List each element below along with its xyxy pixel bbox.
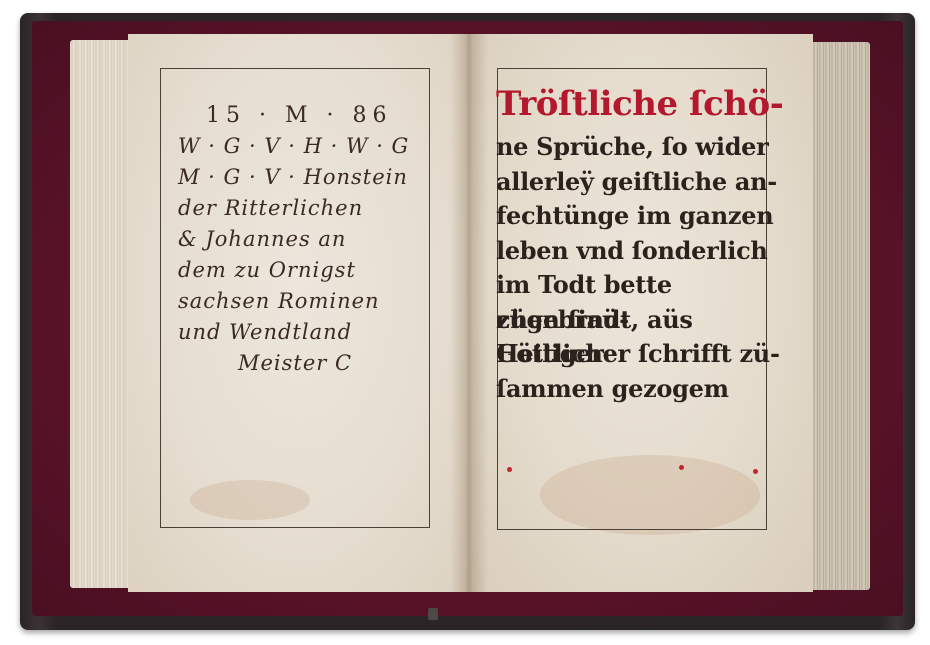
rubric-title: Tröſtliche ſchö-: [496, 78, 796, 130]
inscription-line: der Ritterlichen: [178, 193, 438, 224]
clasp-pin: [428, 608, 438, 620]
inscription-date: 15 · M · 86: [178, 100, 438, 131]
red-ink-dot: [507, 467, 512, 472]
handwritten-inscription: 15 · M · 86 W · G · V · H · W · G M · G …: [178, 100, 438, 379]
title-line: ne Sprüche, ſo wider: [496, 130, 796, 165]
title-line: chen ſindt, aüs Heiliger: [496, 303, 796, 338]
inscription-line: dem zu Ornigst: [178, 255, 438, 286]
title-line: ſammen gezogem: [496, 372, 796, 407]
inscription-line: sachsen Rominen: [178, 286, 438, 317]
title-line: fechtünge im ganzen: [496, 199, 796, 234]
title-line: allerleÿ geiſtliche an-: [496, 165, 796, 200]
red-ink-dot: [679, 465, 684, 470]
title-line: Göttlicher ſchrifft zü-: [496, 337, 796, 372]
title-page-text: Tröſtliche ſchö- ne Sprüche, ſo wider al…: [496, 78, 796, 406]
inscription-line: und Wendtland: [178, 317, 438, 348]
right-page-edges: [812, 42, 870, 590]
inscription-line: & Johannes an: [178, 224, 438, 255]
red-ink-dot: [753, 469, 758, 474]
book-gutter: [450, 34, 488, 592]
title-line: im Todt bette zügebraü-: [496, 268, 796, 303]
inscription-line: Meister C: [178, 348, 438, 379]
left-page-edges: [70, 40, 130, 588]
title-line: leben vnd ſonderlich: [496, 234, 796, 269]
inscription-line: M · G · V · Honstein: [178, 162, 438, 193]
inscription-line: W · G · V · H · W · G: [178, 131, 438, 162]
